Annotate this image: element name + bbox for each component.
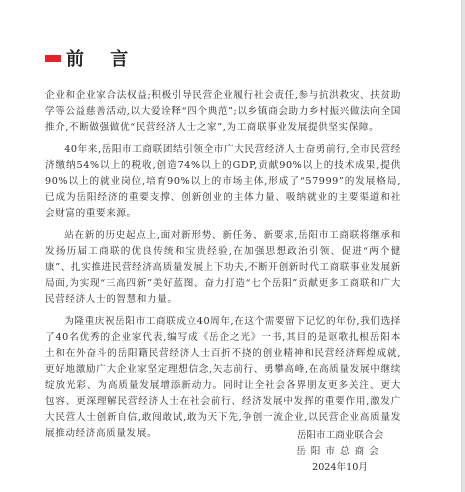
section-heading: 前 言 — [45, 45, 138, 71]
document-body: 企业和企业家合法权益;积极引导民营企业履行社会责任,参与抗洪救灾、扶贫助学等公益… — [45, 88, 401, 442]
paragraph-1: 企业和企业家合法权益;积极引导民营企业履行社会责任,参与抗洪救灾、扶贫助学等公益… — [45, 88, 401, 136]
signature-date: 2024年10月 — [280, 460, 400, 476]
page-edge — [461, 0, 465, 492]
signature-block: 岳阳市工商业联合会 岳阳市总商会 2024年10月 — [280, 428, 400, 476]
paragraph-4: 为隆重庆祝岳阳市工商联成立40周年,在这个需要留下记忆的年份,我们选择了40名优… — [45, 314, 401, 442]
paragraph-3: 站在新的历史起点上,面对新形势、新任务、新要求,岳阳市工商联将继承和发扬历届工商… — [45, 228, 401, 308]
signature-org-federation: 岳阳市工商业联合会 — [280, 428, 400, 444]
signature-org-chamber: 岳阳市总商会 — [280, 444, 400, 460]
paragraph-2: 40年来,岳阳市工商联团结引领全市广大民营经济人士奋勇前行,全市民营经济缴纳54… — [45, 142, 401, 222]
red-accent-bar — [45, 55, 61, 62]
page-title: 前 言 — [66, 45, 138, 71]
